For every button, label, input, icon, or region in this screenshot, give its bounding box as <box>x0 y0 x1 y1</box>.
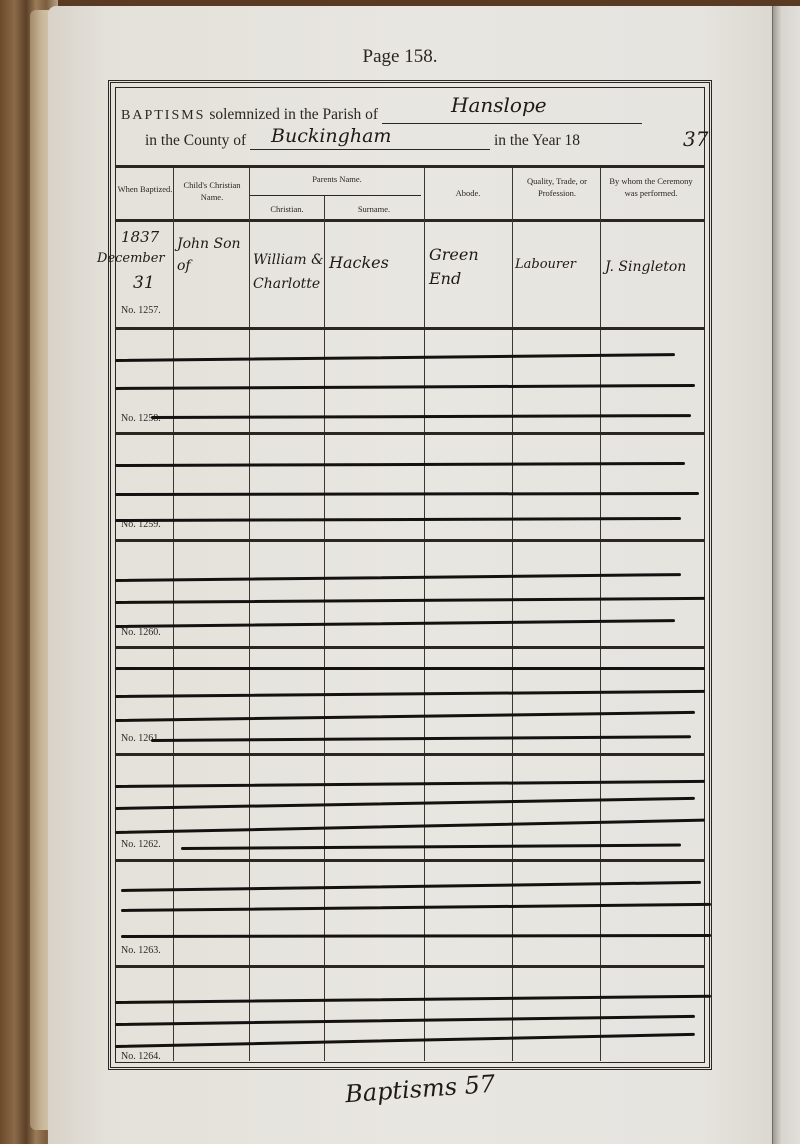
entry-parent-surname: Hackes <box>329 253 389 272</box>
entry-child-name: John Son of <box>177 233 247 277</box>
column-header-abode: Abode. <box>425 187 511 199</box>
column-divider <box>600 168 601 1061</box>
row-rule <box>115 539 705 542</box>
column-divider <box>249 168 250 1061</box>
row-rule <box>115 859 705 862</box>
year-value: 37 <box>683 127 708 151</box>
column-header-when-baptized: When Baptized. <box>117 183 173 195</box>
entry-number: No. 1262. <box>121 839 161 850</box>
entry-number: No. 1260. <box>121 627 161 638</box>
entry-officiant: J. Singleton <box>605 259 686 275</box>
header-bottom-rule <box>115 219 705 222</box>
year-label: in the Year 18 <box>494 132 580 149</box>
county-value: Buckingham <box>271 125 391 147</box>
parents-subheader-rule <box>249 195 421 196</box>
column-divider <box>173 168 174 1061</box>
row-rule <box>115 432 705 435</box>
entry-parent-christian: William & Charlotte <box>253 248 325 296</box>
entry-number: No. 1264. <box>121 1051 161 1062</box>
page-number: Page 158. <box>0 46 800 68</box>
column-header-parents-name: Parents Name. <box>251 173 423 185</box>
row-rule <box>115 753 705 756</box>
entry-profession: Labourer <box>515 257 576 272</box>
column-divider <box>512 168 513 1061</box>
register-title-text: solemnized in the Parish of <box>209 106 378 123</box>
column-header-profession: Quality, Trade, or Profession. <box>514 175 600 199</box>
adjacent-page-edge <box>772 6 800 1144</box>
row-rule <box>115 327 705 330</box>
row-rule <box>115 646 705 649</box>
row-rule <box>115 965 705 968</box>
entry-month: December <box>97 251 165 266</box>
entry-number: No. 1257. <box>121 305 161 316</box>
column-header-officiant: By whom the Ceremony was performed. <box>602 175 700 199</box>
parish-value: Hanslope <box>451 93 547 117</box>
register-title-line-1: BAPTISMS solemnized in the Parish of <box>121 105 642 124</box>
baptism-register-form: BAPTISMS solemnized in the Parish of Han… <box>108 80 712 1070</box>
column-divider <box>324 196 325 1061</box>
column-header-parents-christian: Christian. <box>251 203 323 215</box>
register-title-baptisms: BAPTISMS <box>121 108 205 123</box>
column-header-child-name: Child's Christian Name. <box>175 179 249 203</box>
entry-day: 31 <box>133 273 155 293</box>
county-label: in the County of <box>145 132 246 149</box>
strike-line <box>115 667 705 670</box>
column-divider <box>424 168 425 1061</box>
header-top-rule <box>115 165 705 168</box>
entry-number: No. 1263. <box>121 945 161 956</box>
entry-abode: Green End <box>429 243 489 291</box>
entry-year: 1837 <box>121 228 159 246</box>
column-header-parents-surname: Surname. <box>325 203 423 215</box>
